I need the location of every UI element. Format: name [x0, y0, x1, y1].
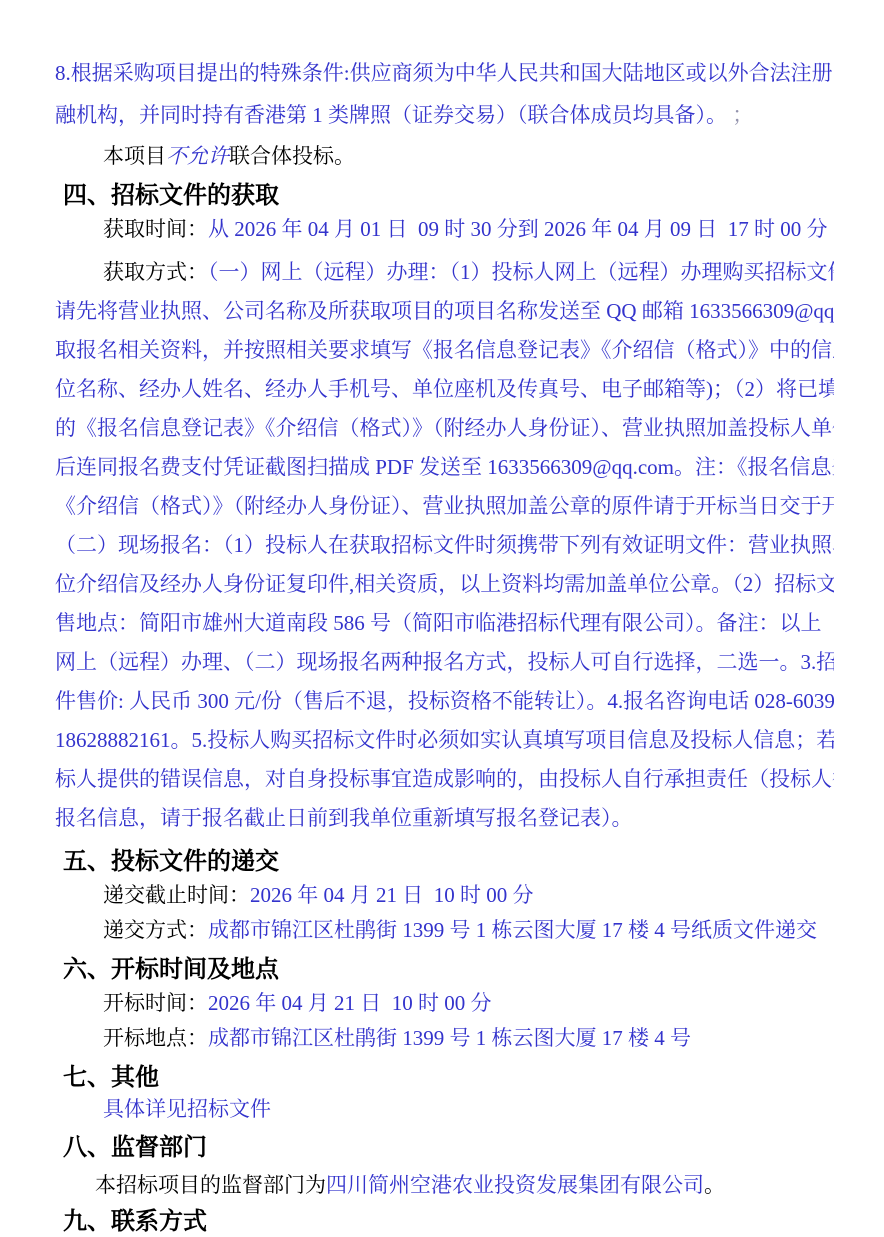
obtain-time-value: 从 2026 年 04 月 01 日 09 时 30 分到 2026 年 04 …: [208, 217, 828, 241]
special-conditions-line-2-text: 融机构，并同时持有香港第 1 类牌照（证券交易）（联合体成员均具备）。: [55, 103, 727, 127]
opening-time-label: 开标时间：: [103, 991, 208, 1015]
stray-semicolon: ；: [727, 103, 753, 127]
submission-method-value: 成都市锦江区杜鹃街 1399 号 1 栋云图大厦 17 楼 4 号纸质文件递交: [208, 918, 817, 942]
supervision-suffix: 。: [704, 1173, 725, 1197]
obtain-method-line-12: 件售价: 人民币 300 元/份（售后不退，投标资格不能转让）。4.报名咨询电话…: [55, 682, 834, 721]
consortium-suffix: 联合体投标。: [229, 144, 355, 168]
obtain-method-line-9: 位介绍信及经办人身份证复印件,相关资质，以上资料均需加盖单位公章。（2）招标文件…: [55, 565, 834, 604]
supervision-prefix: 本招标项目的监督部门为: [95, 1173, 326, 1197]
section-heading-bid-submission: 五、投标文件的递交: [63, 846, 834, 878]
obtain-method-line-7: 《介绍信（格式）》（附经办人身份证）、营业执照加盖公章的原件请于开标当日交于开标…: [55, 487, 834, 526]
special-conditions-line-2: 融机构，并同时持有香港第 1 类牌照（证券交易）（联合体成员均具备）。 ；: [55, 94, 834, 136]
submission-deadline-label: 递交截止时间：: [103, 883, 250, 907]
obtain-method-line-1-rest: （一）网上（远程）办理：（1）投标人网上（远程）办理购买招标文件时，: [208, 260, 834, 284]
opening-place-label: 开标地点：: [103, 1026, 208, 1050]
section-heading-contact: 九、联系方式: [63, 1206, 834, 1237]
supervision-statement: 本招标项目的监督部门为四川简州空港农业投资发展集团有限公司。: [55, 1170, 834, 1200]
supervision-org: 四川简州空港农业投资发展集团有限公司: [326, 1173, 704, 1197]
obtain-method-line-1: 获取方式：（一）网上（远程）办理：（1）投标人网上（远程）办理购买招标文件时，: [55, 253, 834, 292]
section-heading-supervision: 八、监督部门: [63, 1132, 834, 1164]
submission-deadline-value: 2026 年 04 月 21 日 10 时 00 分: [250, 883, 534, 907]
obtain-method-line-15: 报名信息，请于报名截止日前到我单位重新填写报名登记表）。: [55, 799, 834, 838]
obtain-method-line-8: （二）现场报名：（1）投标人在获取招标文件时须携带下列有效证明文件：营业执照、单: [55, 526, 834, 565]
obtain-method-paragraph: 获取方式：（一）网上（远程）办理：（1）投标人网上（远程）办理购买招标文件时， …: [55, 253, 834, 838]
obtain-method-line-4: 位名称、经办人姓名、经办人手机号、单位座机及传真号、电子邮箱等)；（2）将已填写…: [55, 370, 834, 409]
obtain-method-line-10: 售地点：简阳市雄州大道南段 586 号（简阳市临港招标代理有限公司）。备注：以上…: [55, 604, 834, 643]
obtain-method-line-11: 网上（远程）办理、（二）现场报名两种报名方式，投标人可自行选择，二选一。3.招标…: [55, 643, 834, 682]
other-details-text: 具体详见招标文件: [55, 1094, 834, 1124]
obtain-time-label: 获取时间：: [103, 217, 208, 241]
opening-time-line: 开标时间：2026 年 04 月 21 日 10 时 00 分: [55, 986, 834, 1021]
obtain-method-line-6: 后连同报名费支付凭证截图扫描成 PDF 发送至 1633566309@qq.co…: [55, 448, 834, 487]
submission-deadline-line: 递交截止时间：2026 年 04 月 21 日 10 时 00 分: [55, 878, 834, 913]
section-heading-bid-opening: 六、开标时间及地点: [63, 954, 834, 986]
obtain-method-line-2: 请先将营业执照、公司名称及所获取项目的项目名称发送至 QQ 邮箱 1633566…: [55, 292, 834, 331]
obtain-method-line-3: 取报名相关资料，并按照相关要求填写《报名信息登记表》《介绍信（格式）》中的信息（…: [55, 331, 834, 370]
special-conditions-line-1: 8.根据采购项目提出的特殊条件:供应商须为中华人民共和国大陆地区或以外合法注册的…: [55, 52, 834, 94]
opening-time-value: 2026 年 04 月 21 日 10 时 00 分: [208, 991, 492, 1015]
consortium-bidding-statement: 本项目不允许联合体投标。: [55, 140, 834, 172]
obtain-time-line: 获取时间：从 2026 年 04 月 01 日 09 时 30 分到 2026 …: [55, 212, 834, 247]
not-allowed-emphasis: 不允许: [166, 144, 229, 168]
submission-method-label: 递交方式：: [103, 918, 208, 942]
obtain-method-line-5: 的《报名信息登记表》《介绍信（格式）》（附经办人身份证）、营业执照加盖投标人单位…: [55, 409, 834, 448]
consortium-prefix: 本项目: [103, 144, 166, 168]
submission-method-line: 递交方式：成都市锦江区杜鹃街 1399 号 1 栋云图大厦 17 楼 4 号纸质…: [55, 913, 834, 948]
opening-place-value: 成都市锦江区杜鹃街 1399 号 1 栋云图大厦 17 楼 4 号: [208, 1026, 691, 1050]
section-heading-obtain-documents: 四、招标文件的获取: [63, 180, 834, 212]
obtain-method-line-13: 18628882161。5.投标人购买招标文件时必须如实认真填写项目信息及投标人…: [55, 721, 834, 760]
obtain-method-label: 获取方式：: [103, 260, 208, 284]
section-heading-other: 七、其他: [63, 1062, 834, 1094]
obtain-method-line-14: 标人提供的错误信息，对自身投标事宜造成影响的，由投标人自行承担责任（投标人欲修改: [55, 760, 834, 799]
opening-place-line: 开标地点：成都市锦江区杜鹃街 1399 号 1 栋云图大厦 17 楼 4 号: [55, 1021, 834, 1056]
tender-notice-document: 8.根据采购项目提出的特殊条件:供应商须为中华人民共和国大陆地区或以外合法注册的…: [0, 0, 884, 1237]
